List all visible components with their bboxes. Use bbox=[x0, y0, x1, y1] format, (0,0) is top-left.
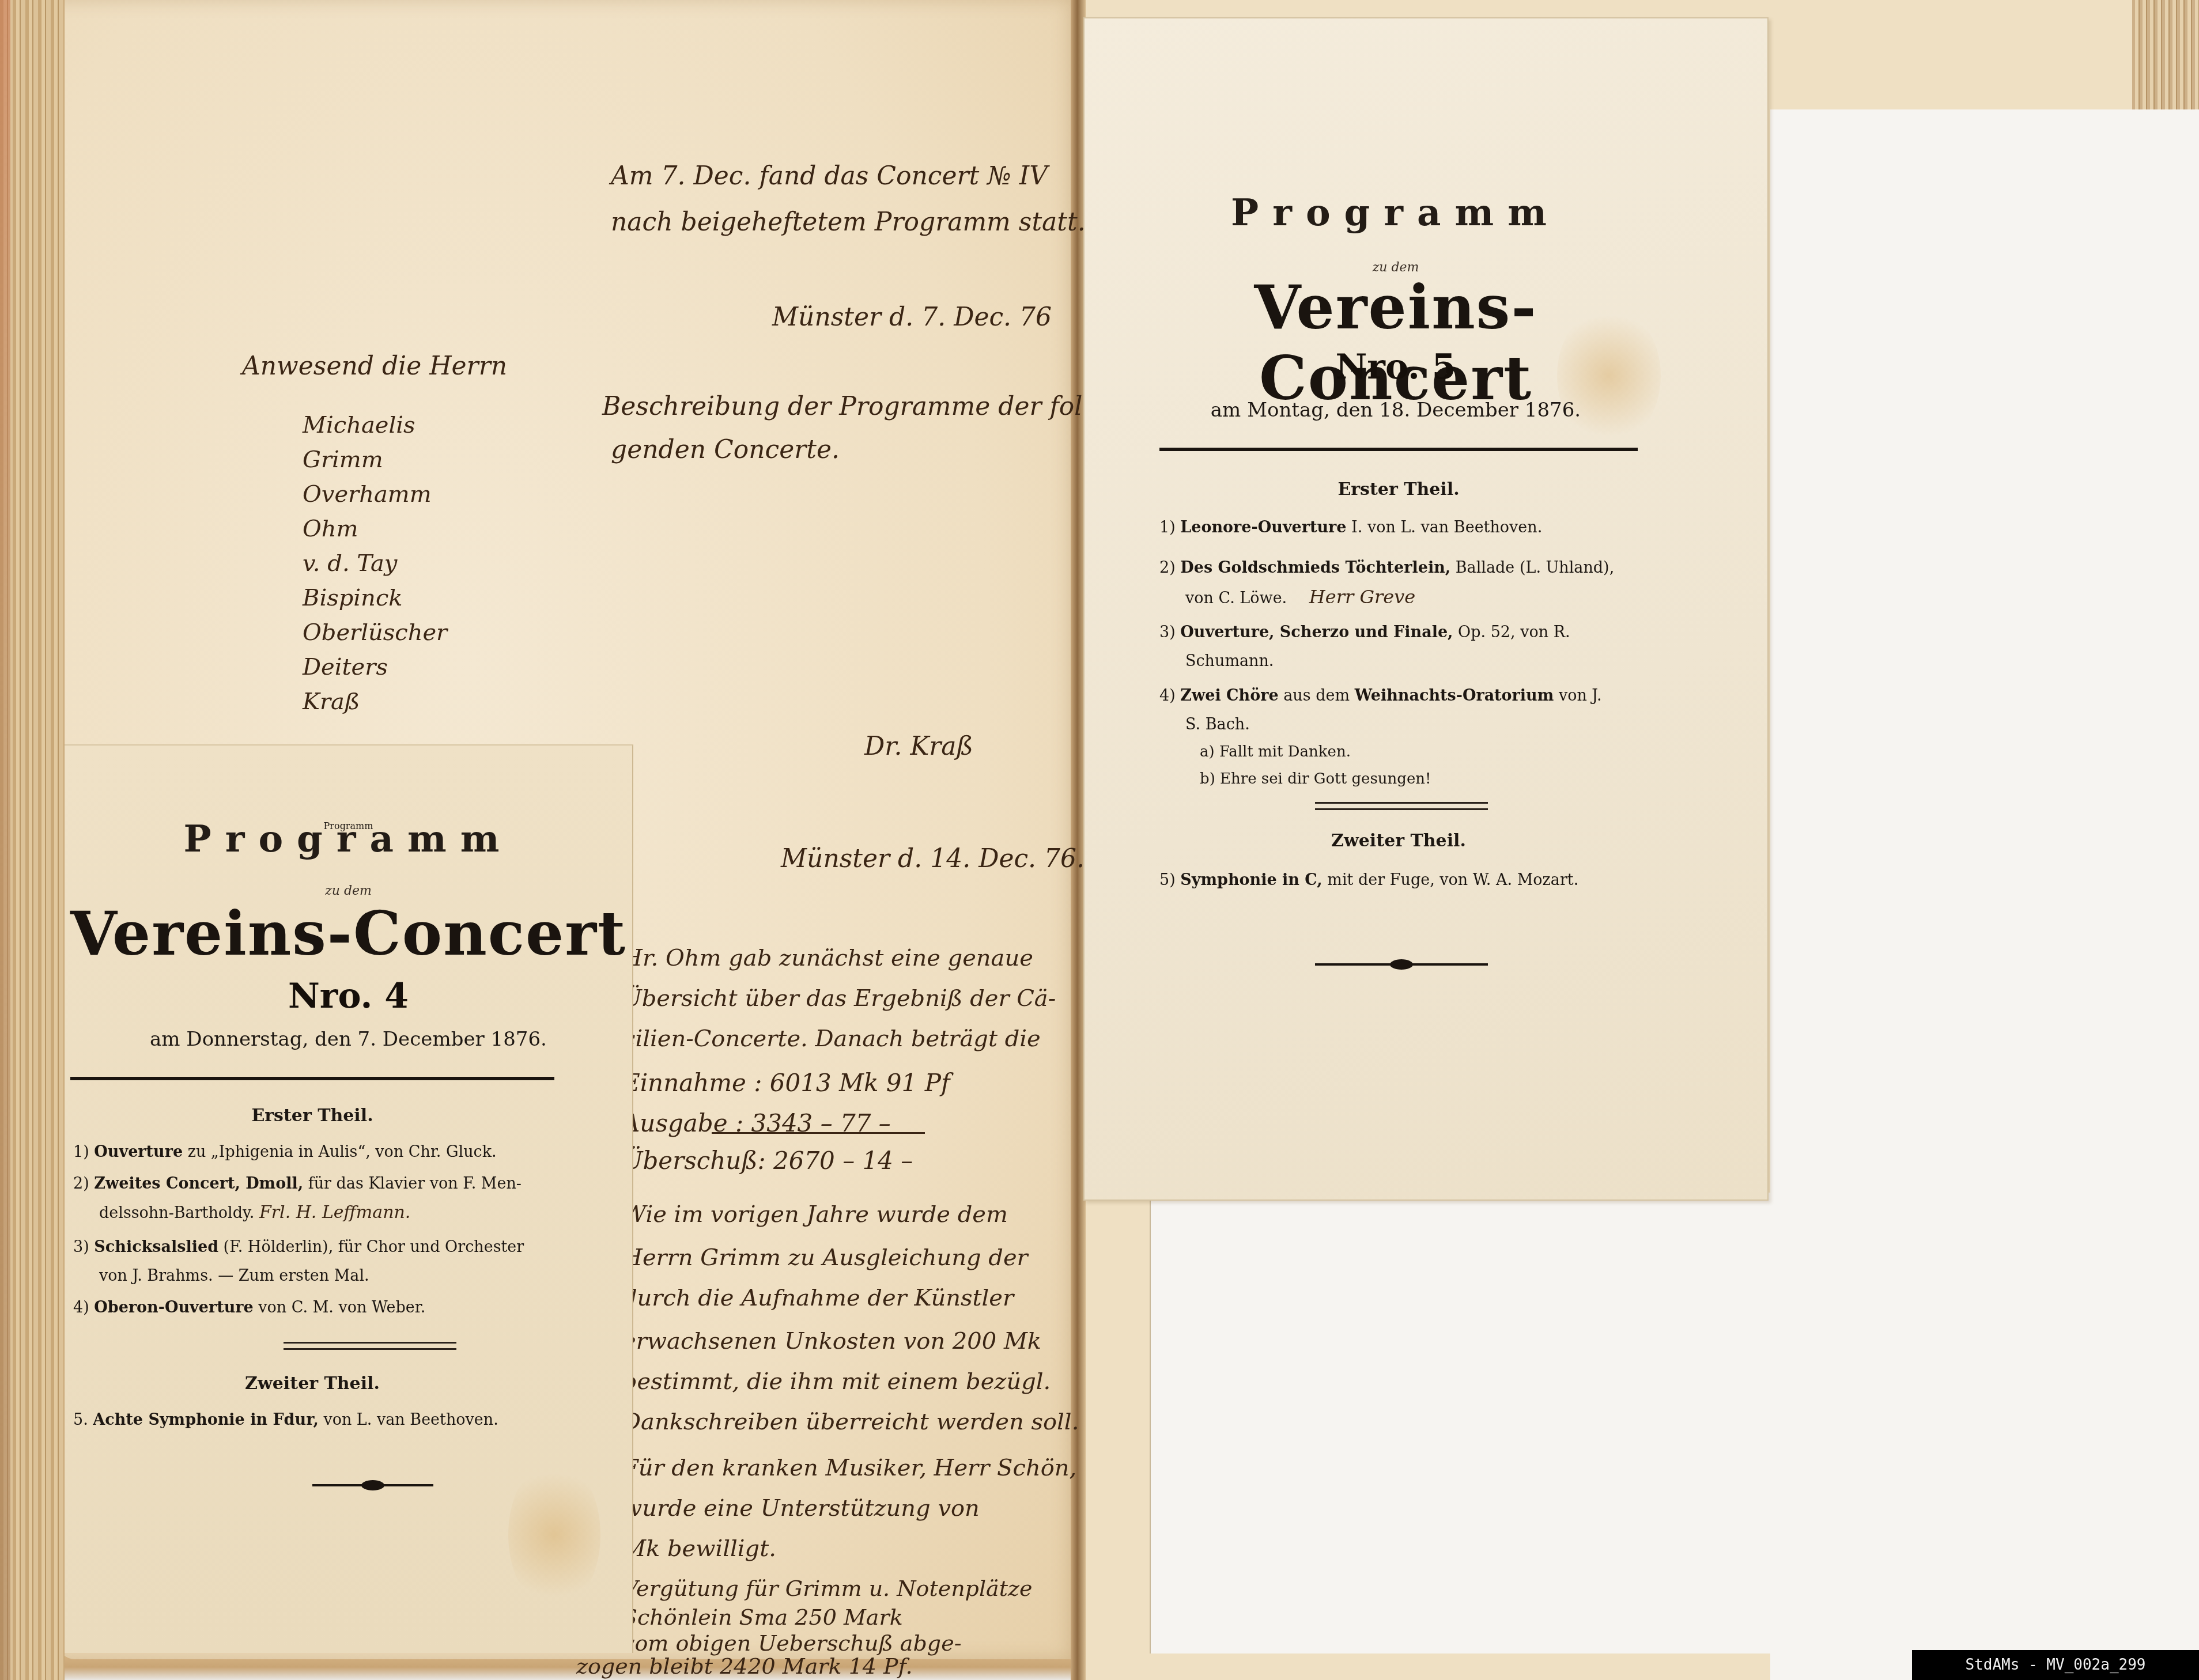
note-line: genden Concerte. bbox=[611, 435, 840, 464]
attendance-name: Kraß bbox=[303, 688, 360, 715]
report-line: cilien-Concerte. Danach beträgt die bbox=[622, 1026, 1041, 1052]
part1-heading: Erster Theil. bbox=[65, 1106, 560, 1126]
program-event-title: Vereins-Concert bbox=[1142, 272, 1649, 414]
place-date: Münster d. 14. Dec. 76. bbox=[781, 844, 1085, 873]
part1-heading: Erster Theil. bbox=[1159, 479, 1638, 500]
white-backing-sheet bbox=[1770, 109, 2199, 1680]
note-line: Beschreibung der Programme der fol- bbox=[602, 392, 1091, 421]
report-line: Dankschreiben überreicht werden soll. bbox=[622, 1409, 1079, 1435]
signature: Dr. Kraß bbox=[864, 732, 973, 761]
program-subitem: a) Fallt mit Danken. bbox=[1200, 743, 1351, 760]
program-item: 5. Achte Symphonie in Fdur, von L. van B… bbox=[73, 1405, 498, 1435]
report-line: Übersicht über das Ergebniß der Cä- bbox=[622, 985, 1056, 1012]
program-item: 5) Symphonie in C, mit der Fuge, von W. … bbox=[1159, 865, 1578, 895]
attendance-heading: Anwesend die Herrn bbox=[242, 351, 507, 381]
handwritten-performer: Frl. H. Leffmann. bbox=[259, 1202, 411, 1223]
handwritten-performer: Herr Greve bbox=[1309, 586, 1415, 608]
report-income: Einnahme : 6013 Mk 91 Pf bbox=[622, 1069, 950, 1097]
report-line: Mk bewilligt. bbox=[622, 1535, 776, 1562]
program-item-cont: delssohn-Bartholdy. Frl. H. Leffmann. bbox=[99, 1198, 410, 1228]
report-line: wurde eine Unterstützung von bbox=[622, 1495, 980, 1522]
report-line: erwachsenen Unkosten von 200 Mk bbox=[622, 1328, 1041, 1354]
report-surplus: Überschuß: 2670 – 14 – bbox=[622, 1147, 913, 1175]
double-divider bbox=[1315, 802, 1488, 810]
program-item: 3) Schicksalslied (F. Hölderlin), für Ch… bbox=[73, 1232, 524, 1262]
program-item: 4) Zwei Chöre aus dem Weihnachts-Oratori… bbox=[1159, 681, 1602, 711]
white-backing-sheet-lower bbox=[1150, 1193, 1773, 1653]
program-item-cont: von J. Brahms. — Zum ersten Mal. bbox=[99, 1261, 369, 1291]
report-line: Herrn Grimm zu Ausgleichung der bbox=[622, 1244, 1028, 1271]
program-subtitle: zu dem bbox=[65, 884, 632, 898]
attendance-name: Grimm bbox=[303, 447, 383, 473]
report-line: durch die Aufnahme der Künstler bbox=[622, 1285, 1014, 1311]
note-line: Am 7. Dec. fand das Concert № IV bbox=[611, 161, 1048, 191]
book-page-edges-right bbox=[2132, 0, 2199, 124]
program-item: 3) Ouverture, Scherzo und Finale, Op. 52… bbox=[1159, 618, 1570, 648]
attendance-name: Oberlüscher bbox=[303, 619, 447, 646]
double-divider bbox=[284, 1342, 456, 1350]
ornament-divider bbox=[1315, 963, 1488, 966]
program-item: 2) Des Goldschmieds Töchterlein, Ballade… bbox=[1159, 553, 1614, 583]
sum-underline bbox=[712, 1132, 925, 1134]
attendance-name: Bispinck bbox=[303, 585, 403, 611]
attendance-name: Deiters bbox=[303, 654, 388, 680]
report-line: Vergütung für Grimm u. Notenplätze bbox=[622, 1576, 1033, 1601]
part2-heading: Zweiter Theil. bbox=[65, 1373, 560, 1394]
program-item: 4) Oberon-Ouverture von C. M. von Weber. bbox=[73, 1293, 425, 1323]
attendance-name: Michaelis bbox=[303, 412, 415, 438]
attendance-name: v. d. Tay bbox=[303, 550, 397, 577]
program-item: 1) Ouverture zu „Iphigenia in Aulis“, vo… bbox=[73, 1137, 497, 1167]
divider bbox=[1159, 448, 1638, 451]
program-nro4: Programm Programm zu dem Vereins-Concert… bbox=[65, 744, 633, 1653]
attendance-name: Ohm bbox=[303, 516, 358, 542]
archive-reference-label: StdAMs - MV_002a_299 bbox=[1912, 1650, 2199, 1680]
program-item-cont: Schumann. bbox=[1185, 646, 1274, 676]
program-nro5: Programm zu dem Vereins-Concert Nro. 5 a… bbox=[1083, 17, 1769, 1201]
program-title: Programm bbox=[1171, 191, 1620, 234]
divider bbox=[70, 1077, 554, 1080]
program-item-cont: S. Bach. bbox=[1185, 710, 1250, 740]
program-item: 1) Leonore-Ouverture I. von L. van Beeth… bbox=[1159, 513, 1542, 543]
place-date: Münster d. 7. Dec. 76 bbox=[772, 302, 1052, 332]
ornament-divider bbox=[312, 1484, 433, 1486]
program-event-title: Vereins-Concert bbox=[65, 898, 632, 969]
attendance-name: Overhamm bbox=[303, 481, 432, 508]
program-item-cont: von C. Löwe. Herr Greve bbox=[1185, 582, 1415, 614]
program-title: Programm bbox=[65, 818, 632, 861]
report-line: bestimmt, die ihm mit einem bezügl. bbox=[622, 1368, 1051, 1395]
book-page-edges-left bbox=[0, 0, 65, 1680]
program-item: 2) Zweites Concert, Dmoll, für das Klavi… bbox=[73, 1169, 522, 1199]
note-line: nach beigeheftetem Programm statt. bbox=[611, 207, 1086, 237]
part2-heading: Zweiter Theil. bbox=[1159, 831, 1638, 851]
program-number: Nro. 4 bbox=[65, 976, 632, 1016]
report-line: vom obigen Ueberschuß abge- bbox=[622, 1630, 962, 1656]
report-line: Schönlein Sma 250 Mark bbox=[622, 1605, 903, 1630]
program-subitem: b) Ehre sei dir Gott gesungen! bbox=[1200, 770, 1431, 788]
report-line: Hr. Ohm gab zunächst eine genaue bbox=[622, 945, 1033, 971]
program-date: am Montag, den 18. December 1876. bbox=[1171, 399, 1620, 422]
program-date: am Donnerstag, den 7. December 1876. bbox=[65, 1028, 632, 1051]
report-line: zogen bleibt 2420 Mark 14 Pf. bbox=[576, 1653, 912, 1679]
program-number: Nro. 5 bbox=[1171, 347, 1620, 387]
report-line: Wie im vorigen Jahre wurde dem bbox=[622, 1201, 1008, 1228]
report-line: Für den kranken Musiker, Herr Schön, bbox=[622, 1455, 1076, 1481]
